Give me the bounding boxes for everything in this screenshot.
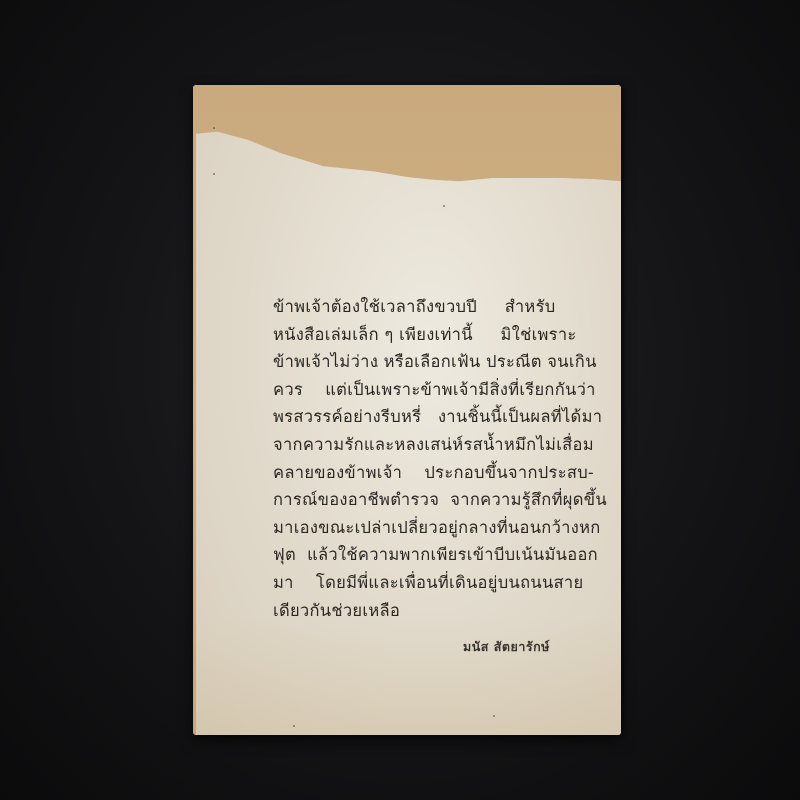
speck — [213, 127, 215, 129]
blurb-line: เดียวกันช่วยเหลือ — [273, 597, 613, 625]
blurb-line: ฟุต แล้วใช้ความพากเพียรเข้าบีบเน้นมันออก — [273, 541, 613, 569]
speck — [213, 173, 215, 175]
blurb-line: ข้าพเจ้าต้องใช้เวลาถึงขวบปี สำหรับ — [273, 293, 613, 321]
blurb-line: พรสวรรค์อย่างรีบหรี่ งานชิ้นนี้เป็นผลที่… — [273, 403, 613, 431]
blurb-line: การณ์ของอาชีพตำรวจ จากความรู้สึกที่ผุดขึ… — [273, 486, 613, 514]
speck — [493, 715, 495, 717]
blurb-line: คลายของข้าพเจ้า ประกอบขึ้นจากประสบ- — [273, 459, 613, 487]
speck — [293, 725, 295, 727]
blurb-line: มาเองขณะเปล่าเปลี่ยวอยู่กลางที่นอนกว้างห… — [273, 514, 613, 542]
blurb-line: ข้าพเจ้าไม่ว่าง หรือเลือกเฟ้น ประณีต จนเ… — [273, 348, 613, 376]
book-back-cover: ข้าพเจ้าต้องใช้เวลาถึงขวบปี สำหรับ หนังส… — [193, 85, 621, 735]
blurb-line: ควร แต่เป็นเพราะข้าพเจ้ามีสิ่งที่เรียกกั… — [273, 376, 613, 404]
author-signature: มนัส สัตยารักษ์ — [463, 637, 550, 657]
speck — [443, 205, 445, 207]
blurb-line: หนังสือเล่มเล็ก ๆ เพียงเท่านี้ มิใช่เพรา… — [273, 321, 613, 349]
paper-stain — [196, 615, 621, 735]
blurb-line: จากความรักและหลงเสน่ห์รสน้ำหมึกไม่เสื่อม — [273, 431, 613, 459]
blurb-line: มา โดยมีพี่และเพื่อนที่เดินอยู่บนถนนสาย — [273, 569, 613, 597]
blurb-paragraph: ข้าพเจ้าต้องใช้เวลาถึงขวบปี สำหรับ หนังส… — [273, 293, 613, 624]
